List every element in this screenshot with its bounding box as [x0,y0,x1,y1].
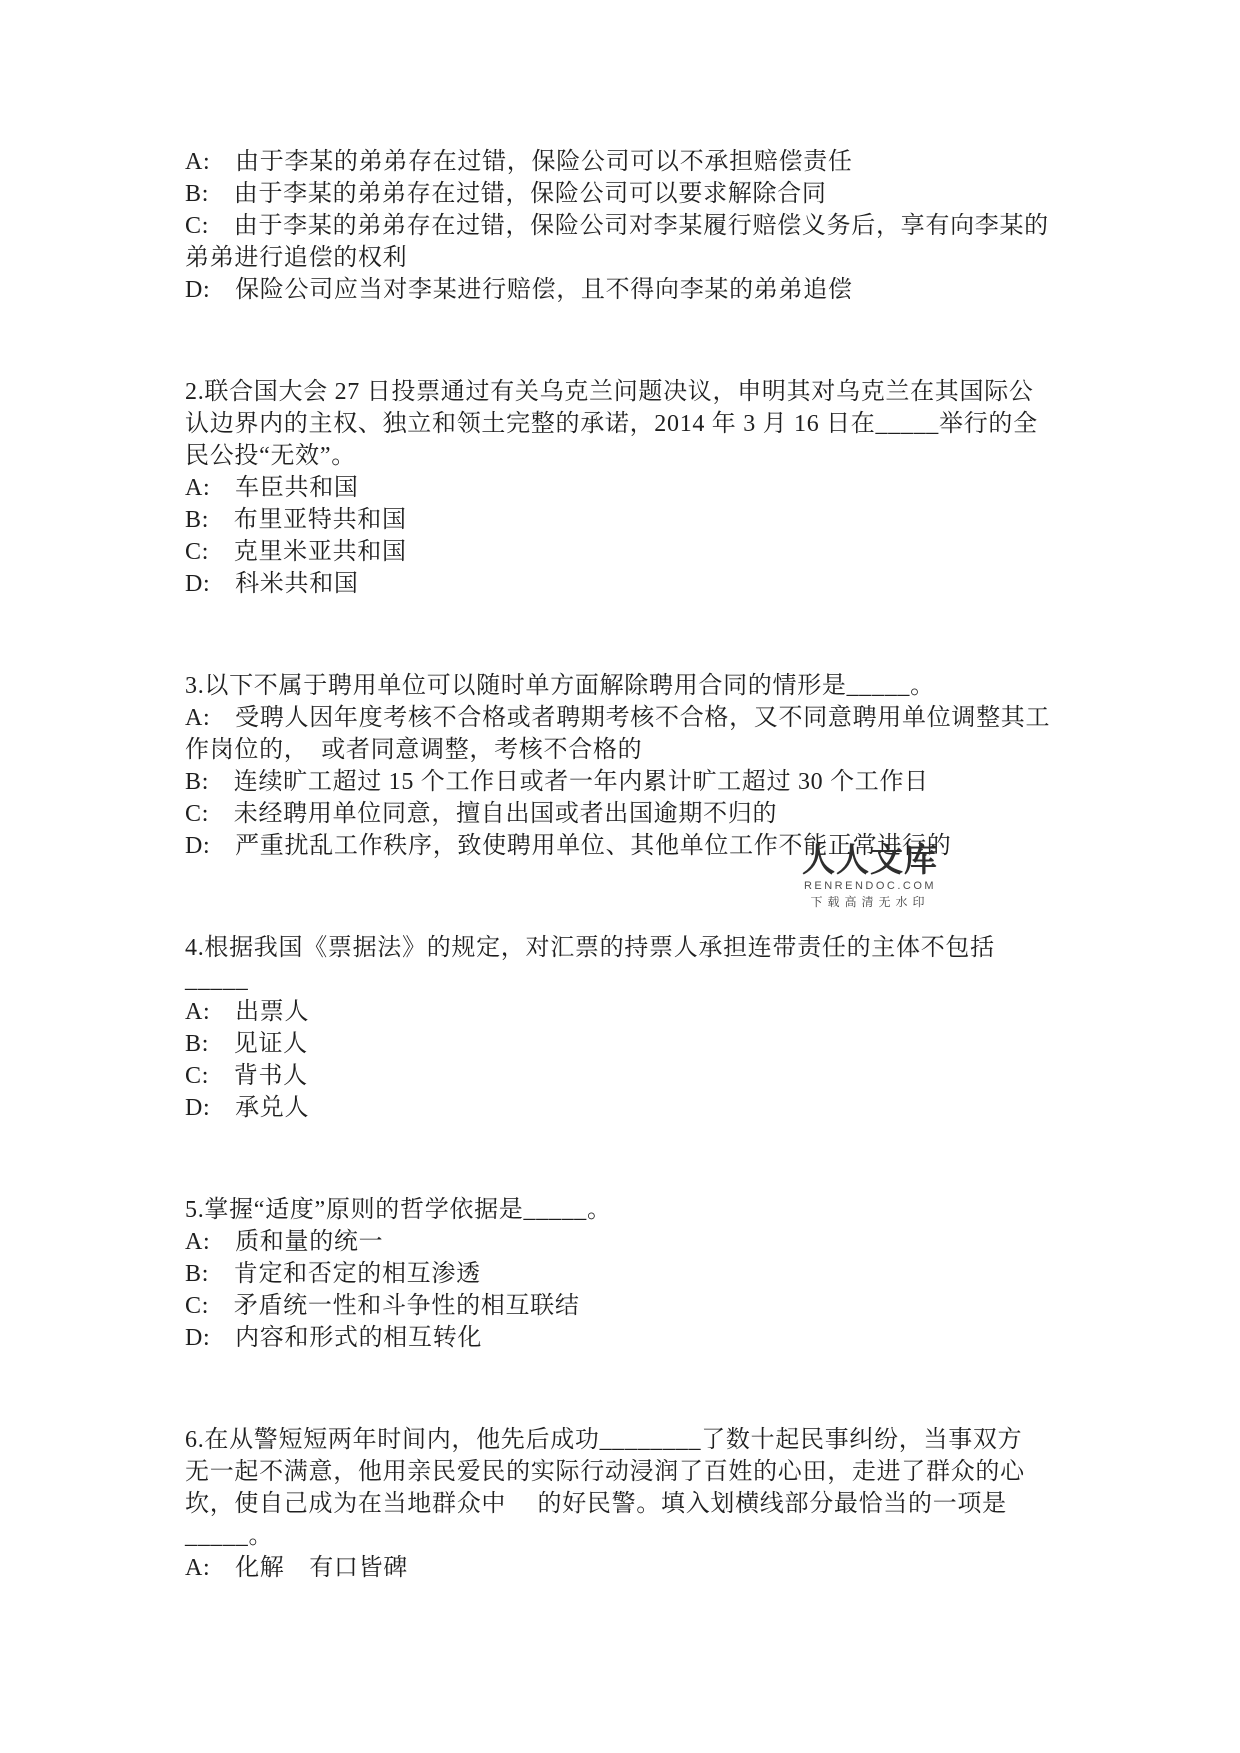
option-line: D: 科米共和国 [185,568,1090,600]
option-line: C: 矛盾统一性和斗争性的相互联结 [185,1290,1090,1322]
option-line: B: 见证人 [185,1028,1090,1060]
question-text-line: 2.联合国大会 27 日投票通过有关乌克兰问题决议，申明其对乌克兰在其国际公 [185,376,1090,408]
exam-text-area: A: 由于李某的弟弟存在过错，保险公司可以不承担赔偿责任 B: 由于李某的弟弟存… [185,146,1090,1654]
option-line: D: 承兑人 [185,1092,1090,1124]
blank-underline: _____ [185,964,1090,996]
option-line: A: 化解 有口皆碑 [185,1552,1090,1584]
option-line: A: 车臣共和国 [185,472,1090,504]
text-line: D: 保险公司应当对李某进行赔偿，且不得向李某的弟弟追偿 [185,274,1090,306]
question-text-line: 民公投“无效”。 [185,440,1090,472]
question-text-line: 认边界内的主权、独立和领土完整的承诺，2014 年 3 月 16 日在_____… [185,408,1090,440]
question-text-line: 6.在从警短短两年时间内，他先后成功________了数十起民事纠纷，当事双方 [185,1424,1090,1456]
option-line: 作岗位的， 或者同意调整，考核不合格的 [185,734,1090,766]
question-3-block: 3.以下不属于聘用单位可以随时单方面解除聘用合同的情形是_____。 A: 受聘… [185,670,1090,862]
blank-underline: _____。 [185,1520,1090,1552]
question-text-line: 无一起不满意，他用亲民爱民的实际行动浸润了百姓的心田，走进了群众的心 [185,1456,1090,1488]
question-4-block: 4.根据我国《票据法》的规定，对汇票的持票人承担连带责任的主体不包括 _____… [185,932,1090,1124]
question-2-block: 2.联合国大会 27 日投票通过有关乌克兰问题决议，申明其对乌克兰在其国际公 认… [185,376,1090,600]
option-line: A: 质和量的统一 [185,1226,1090,1258]
text-line: 弟弟进行追偿的权利 [185,242,1090,274]
option-line: C: 背书人 [185,1060,1090,1092]
option-line: C: 未经聘用单位同意，擅自出国或者出国逾期不归的 [185,798,1090,830]
option-line: A: 受聘人因年度考核不合格或者聘期考核不合格，又不同意聘用单位调整其工 [185,702,1090,734]
option-line: D: 严重扰乱工作秩序，致使聘用单位、其他单位工作不能正常进行的 [185,830,1090,862]
text-line: A: 由于李某的弟弟存在过错，保险公司可以不承担赔偿责任 [185,146,1090,178]
question-text-line: 坎，使自己成为在当地群众中 的好民警。填入划横线部分最恰当的一项是 [185,1488,1090,1520]
option-line: B: 连续旷工超过 15 个工作日或者一年内累计旷工超过 30 个工作日 [185,766,1090,798]
text-line: B: 由于李某的弟弟存在过错，保险公司可以要求解除合同 [185,178,1090,210]
text-line: C: 由于李某的弟弟存在过错，保险公司对李某履行赔偿义务后，享有向李某的 [185,210,1090,242]
question-text-line: 5.掌握“适度”原则的哲学依据是_____。 [185,1194,1090,1226]
option-line: A: 出票人 [185,996,1090,1028]
question-1-options-block: A: 由于李某的弟弟存在过错，保险公司可以不承担赔偿责任 B: 由于李某的弟弟存… [185,146,1090,306]
question-text-line: 4.根据我国《票据法》的规定，对汇票的持票人承担连带责任的主体不包括 [185,932,1090,964]
option-line: B: 布里亚特共和国 [185,504,1090,536]
question-6-block: 6.在从警短短两年时间内，他先后成功________了数十起民事纠纷，当事双方 … [185,1424,1090,1584]
option-line: D: 内容和形式的相互转化 [185,1322,1090,1354]
question-5-block: 5.掌握“适度”原则的哲学依据是_____。 A: 质和量的统一 B: 肯定和否… [185,1194,1090,1354]
document-page: A: 由于李某的弟弟存在过错，保险公司可以不承担赔偿责任 B: 由于李某的弟弟存… [0,0,1240,1753]
option-line: C: 克里米亚共和国 [185,536,1090,568]
option-line: B: 肯定和否定的相互渗透 [185,1258,1090,1290]
question-text-line: 3.以下不属于聘用单位可以随时单方面解除聘用合同的情形是_____。 [185,670,1090,702]
